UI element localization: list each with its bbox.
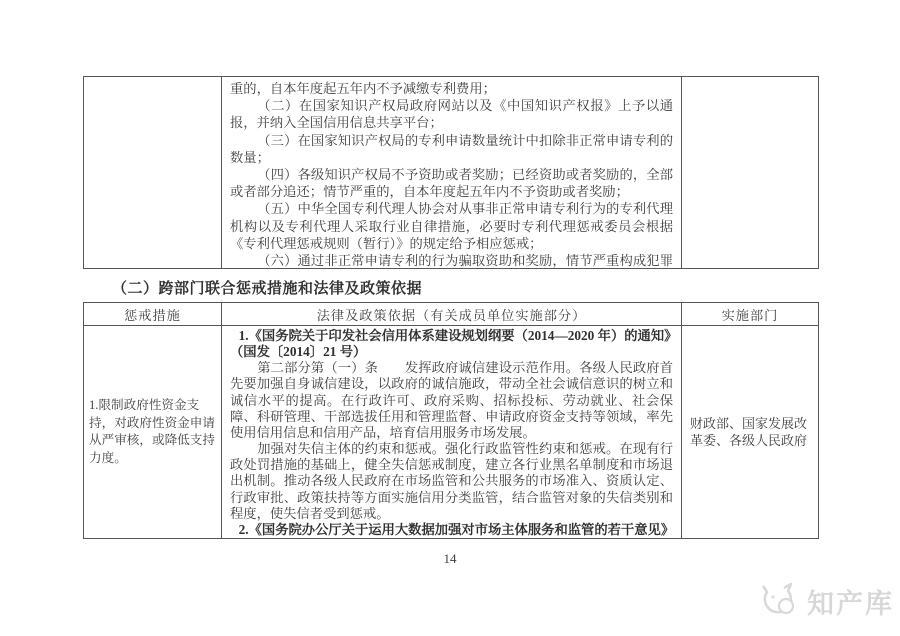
table2-joint-punishment: 惩戒措施 法律及政策依据（有关成员单位实施部分） 实施部门 1.限制政府性资金支… (83, 302, 819, 539)
table1-continued: 重的，自本年度起五年内不予减缴专利费用； （二）在国家知识产权局政府网站以及《中… (83, 76, 819, 269)
table2-header-measure: 惩戒措施 (84, 303, 222, 325)
legal-title2: 2.《国务院办公厅关于运用大数据加强对市场主体服务和监管的若干意见》 (230, 522, 673, 538)
table1-right-cell-empty (682, 77, 818, 268)
table2-legal-basis-cell: 1.《国务院关于印发社会信用体系建设规划纲要（2014—2020 年）的通知》 … (222, 326, 682, 538)
table2-header-department: 实施部门 (682, 303, 818, 325)
table1-paragraph-item5: （五）中华全国专利代理人协会对从事非正常申请专利行为的专利代理机构以及专利代理人… (230, 200, 673, 252)
table1-content-cell: 重的，自本年度起五年内不予减缴专利费用； （二）在国家知识产权局政府网站以及《中… (222, 77, 682, 268)
measure-text: 1.限制政府性资金支持，对政府性资金申请从严审核，或降低支持力度。 (89, 397, 216, 467)
legal-title1-line1: 1.《国务院关于印发社会信用体系建设规划纲要（2014—2020 年）的通知》 (230, 328, 673, 344)
watermark-text: 知产库 (807, 582, 894, 621)
zhichanku-cat-logo-icon (755, 580, 801, 623)
legal-paragraph2: 加强对失信主体的约束和惩戒。强化行政监管性约束和惩戒。在现有行政处罚措施的基础上… (230, 441, 673, 522)
table2-department-cell: 财政部、国家发展改革委、各级人民政府 (682, 326, 818, 538)
table1-paragraph-item3: （三）在国家知识产权局的专利申请数量统计中扣除非正常申请专利的数量； (230, 132, 673, 166)
table1-left-cell-empty (84, 77, 222, 268)
table2-header-row: 惩戒措施 法律及政策依据（有关成员单位实施部分） 实施部门 (84, 303, 818, 326)
table1-paragraph-item2: （二）在国家知识产权局政府网站以及《中国知识产权报》上予以通报，并纳入全国信用信… (230, 97, 673, 131)
legal-title1-line2: （国发〔2014〕21 号） (230, 344, 673, 360)
table2-measure-cell: 1.限制政府性资金支持，对政府性资金申请从严审核，或降低支持力度。 (84, 326, 222, 538)
department-text: 财政部、国家发展改革委、各级人民政府 (690, 415, 810, 450)
section-heading: （二）跨部门联合惩戒措施和法律及政策依据 (112, 277, 422, 298)
document-page: 重的，自本年度起五年内不予减缴专利费用； （二）在国家知识产权局政府网站以及《中… (0, 0, 900, 636)
table2-header-legal-basis: 法律及政策依据（有关成员单位实施部分） (222, 303, 682, 325)
table1-paragraph-item6: （六）通过非正常申请专利的行为骗取资助和奖励，情节严重构成犯罪的，依法移送有关机… (230, 252, 673, 268)
legal-paragraph1: 第二部分第（一）条 发挥政府诚信建设示范作用。各级人民政府首先要加强自身诚信建设… (230, 360, 673, 441)
page-number: 14 (0, 551, 900, 567)
watermark: 知产库 (755, 580, 894, 623)
table1-paragraph-continuation: 重的，自本年度起五年内不予减缴专利费用； (230, 80, 673, 97)
table1-paragraph-item4: （四）各级知识产权局不予资助或者奖励；已经资助或者奖励的，全部或者部分追还；情节… (230, 166, 673, 200)
table2-body-row: 1.限制政府性资金支持，对政府性资金申请从严审核，或降低支持力度。 1.《国务院… (84, 326, 818, 538)
